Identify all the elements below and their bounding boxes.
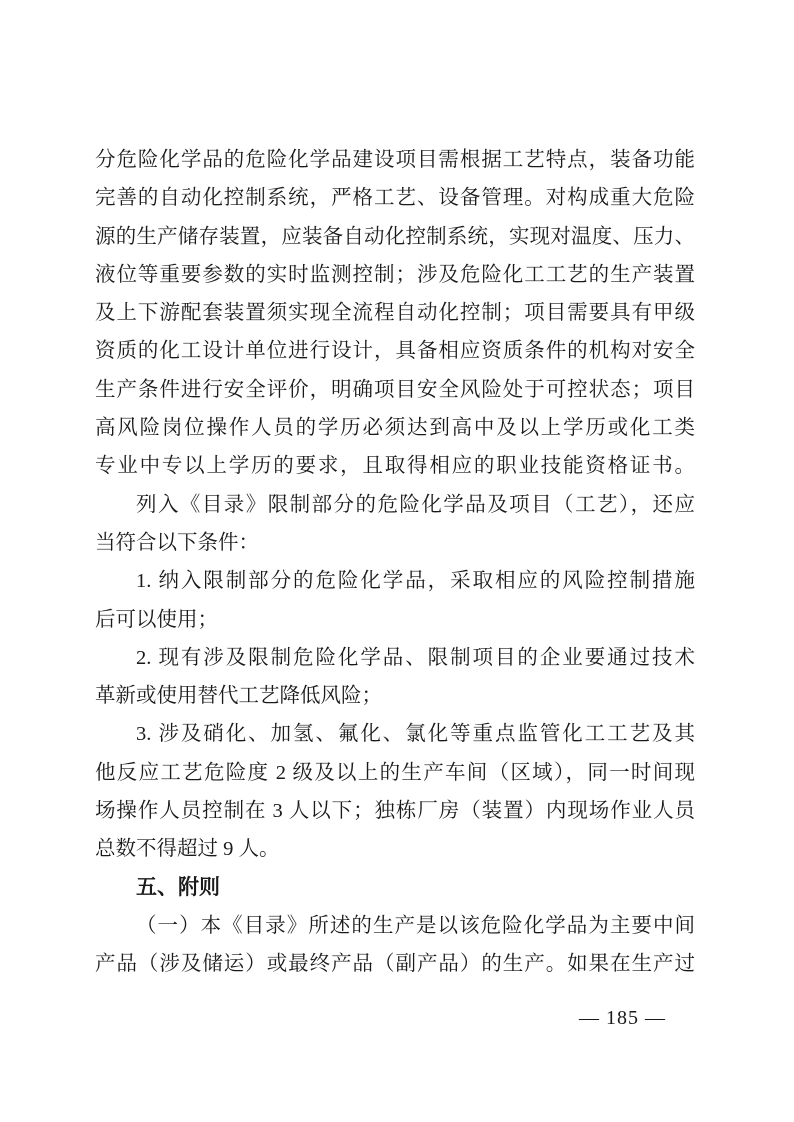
page-body: 分危险化学品的危险化学品建设项目需根据工艺特点，装备功能完善的自动化控制系统，严… [95, 141, 695, 984]
text-line: 他反应工艺危险度 2 级及以上的生产车间（区域），同一时间现 [95, 754, 695, 792]
text-line: 3. 涉及硝化、加氢、氟化、氯化等重点监管化工工艺及其 [95, 715, 695, 753]
text-line: 列入《目录》限制部分的危险化学品及项目（工艺），还应 [95, 486, 695, 524]
text-line: 生产条件进行安全评价，明确项目安全风险处于可控状态；项目 [95, 371, 695, 409]
text-line: 专业中专以上学历的要求，且取得相应的职业技能资格证书。 [95, 447, 695, 485]
document-page: 分危险化学品的危险化学品建设项目需根据工艺特点，装备功能完善的自动化控制系统，严… [0, 0, 794, 1122]
text-line: 场操作人员控制在 3 人以下；独栋厂房（装置）内现场作业人员 [95, 792, 695, 830]
text-line: 2. 现有涉及限制危险化学品、限制项目的企业要通过技术 [95, 639, 695, 677]
text-line: 及上下游配套装置须实现全流程自动化控制；项目需要具有甲级 [95, 294, 695, 332]
text-line: 源的生产储存装置，应装备自动化控制系统，实现对温度、压力、 [95, 218, 695, 256]
text-line: 液位等重要参数的实时监测控制；涉及危险化工工艺的生产装置 [95, 256, 695, 294]
text-line: 产品（涉及储运）或最终产品（副产品）的生产。如果在生产过 [95, 945, 695, 983]
text-line: 当符合以下条件： [95, 524, 695, 562]
section-heading: 五、附则 [95, 869, 695, 907]
text-line: 1. 纳入限制部分的危险化学品，采取相应的风险控制措施 [95, 562, 695, 600]
text-line: 资质的化工设计单位进行设计，具备相应资质条件的机构对安全 [95, 332, 695, 370]
text-line: （一）本《目录》所述的生产是以该危险化学品为主要中间 [95, 907, 695, 945]
text-line: 革新或使用替代工艺降低风险； [95, 677, 695, 715]
text-line: 高风险岗位操作人员的学历必须达到高中及以上学历或化工类 [95, 409, 695, 447]
text-line: 总数不得超过 9 人。 [95, 830, 695, 868]
text-line: 完善的自动化控制系统，严格工艺、设备管理。对构成重大危险 [95, 179, 695, 217]
page-number: — 185 — [579, 1006, 666, 1030]
text-line: 后可以使用； [95, 601, 695, 639]
text-line: 分危险化学品的危险化学品建设项目需根据工艺特点，装备功能 [95, 141, 695, 179]
